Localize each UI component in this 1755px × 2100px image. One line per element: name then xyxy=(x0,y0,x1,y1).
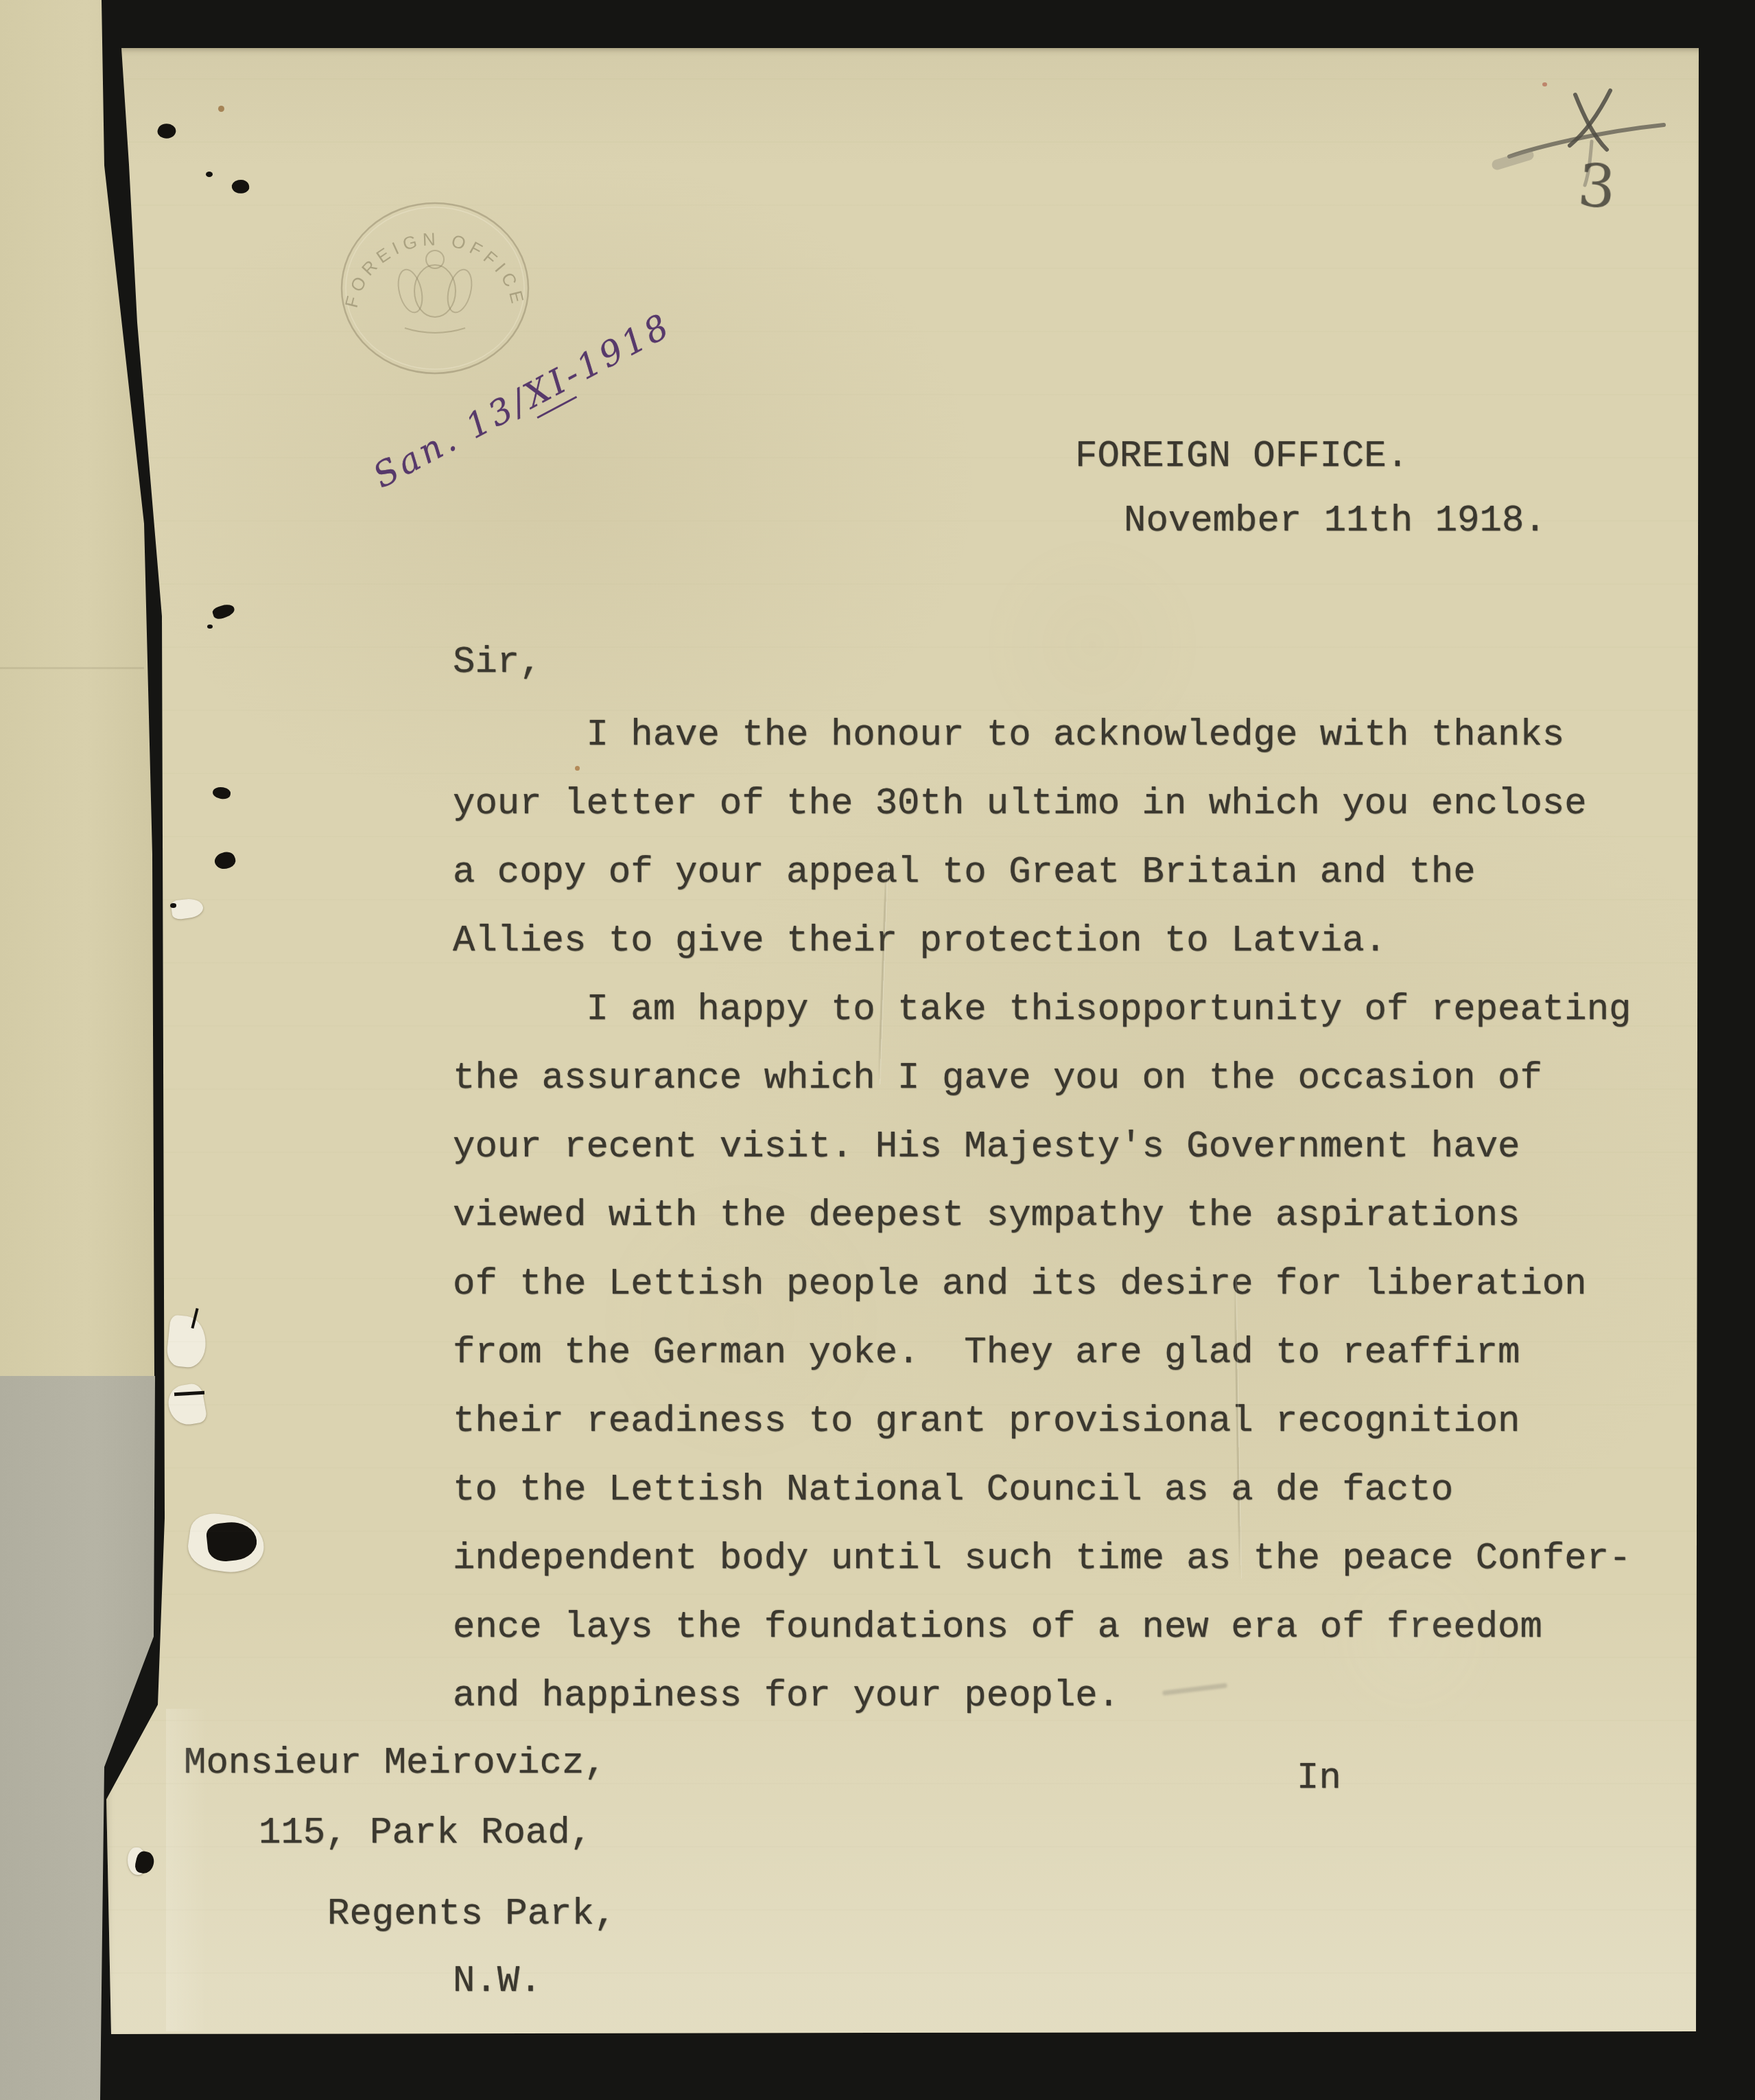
body-line: your recent visit. His Majesty's Governm… xyxy=(453,1113,1631,1182)
body-line: a copy of your appeal to Great Britain a… xyxy=(453,839,1631,907)
body-line: I have the honour to acknowledge with th… xyxy=(453,701,1631,770)
letterhead-office: FOREIGN OFFICE. xyxy=(1075,436,1409,478)
punched-hole xyxy=(211,602,236,620)
addressee-street: 115, Park Road, xyxy=(259,1813,592,1854)
punched-hole xyxy=(231,178,250,196)
torn-paper-patch xyxy=(170,897,204,920)
paper-crease xyxy=(166,1709,207,2031)
punched-hole xyxy=(206,172,213,177)
received-note-year: -1918 xyxy=(557,305,679,395)
embossed-foreign-office-seal-icon: FOREIGN OFFICE xyxy=(333,194,539,393)
rust-speck xyxy=(1542,82,1547,86)
body-line: viewed with the deepest sympathy the asp… xyxy=(453,1182,1631,1250)
body-line: the assurance which I gave you on the oc… xyxy=(453,1045,1631,1113)
underlying-page-fold xyxy=(0,667,144,669)
catchword: In xyxy=(1297,1758,1341,1799)
addressee-name: Monsieur Meirovicz, xyxy=(184,1743,606,1784)
addressee-postal: N.W. xyxy=(453,1961,542,2003)
body-line: their readiness to grant provisional rec… xyxy=(453,1388,1631,1456)
punched-hole xyxy=(207,625,213,629)
pencil-page-number: 3 xyxy=(1576,151,1618,222)
torn-paper-patch xyxy=(165,1382,207,1427)
rust-speck xyxy=(575,766,580,771)
body-line: Allies to give their protection to Latvi… xyxy=(453,907,1631,976)
received-note-prefix: San. 13/ xyxy=(366,381,536,496)
body-line: of the Lettish people and its desire for… xyxy=(453,1250,1631,1319)
body-line: to the Lettish National Council as a de … xyxy=(453,1456,1631,1525)
body-line: from the German yoke. They are glad to r… xyxy=(453,1319,1631,1388)
body-line: and happiness for your people. xyxy=(453,1662,1631,1731)
body-lines: I have the honour to acknowledge with th… xyxy=(453,701,1631,1731)
body-line: I am happy to take thisopportunity of re… xyxy=(453,976,1631,1045)
rust-speck xyxy=(218,106,224,112)
letterhead-date: November 11th 1918. xyxy=(1124,501,1546,542)
scanned-document-canvas: { "document": { "archival_marks": { "pag… xyxy=(0,0,1755,2100)
salutation: Sir, xyxy=(453,642,542,684)
torn-paper-patch xyxy=(165,1314,208,1368)
body-line: independent body until such time as the … xyxy=(453,1525,1631,1594)
body-line: ence lays the foundations of a new era o… xyxy=(453,1594,1631,1662)
punched-hole xyxy=(170,903,176,908)
body-line: your letter of the 30th ultimo in which … xyxy=(453,770,1631,839)
punched-hole xyxy=(213,850,237,872)
punched-hole xyxy=(212,786,232,800)
addressee-district: Regents Park, xyxy=(327,1894,616,1935)
letter-page: FOREIGN OFFICE San. 13/XI-1918 3 FOREIGN… xyxy=(103,48,1699,2037)
punched-hole xyxy=(156,121,178,141)
